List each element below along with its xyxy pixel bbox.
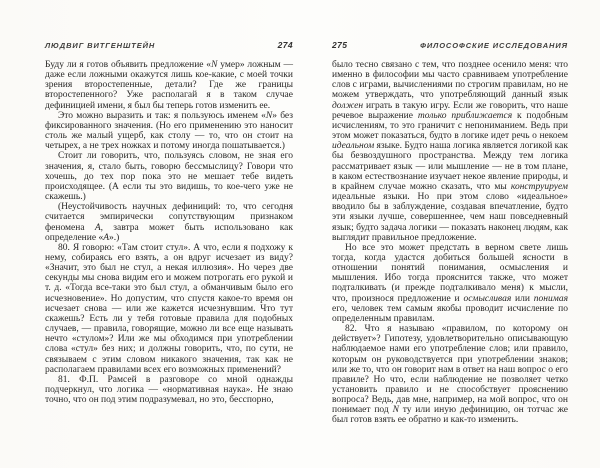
paragraph: 82. Что я называю «правилом, по которому…	[332, 324, 568, 426]
paragraph: Буду ли я готов объявить предложение «N …	[45, 60, 293, 111]
paragraph: (Неустойчивость научных дефиниций: то, ч…	[45, 202, 293, 243]
emphasized-text: осмысливая	[463, 294, 511, 304]
paragraph: 81. Ф.П. Рамсей в разговоре со мной одна…	[45, 375, 293, 405]
author-running-title: ЛЮДВИГ ВИТГЕНШТЕЙН	[45, 41, 155, 50]
text-run: идеальные языки. Но при этом слово «идеа…	[332, 192, 568, 243]
left-page-number: 274	[278, 40, 293, 50]
text-run: 81. Ф.П. Рамсей в разговоре со мной одна…	[45, 375, 293, 405]
text-run: или	[511, 294, 534, 304]
text-run: Стоит ли говорить, что, пользуясь словом…	[45, 151, 293, 202]
text-run: Буду ли я готов объявить предложение «	[45, 60, 211, 70]
text-run: 80. Я говорю: «Там стоит стул». А что, е…	[45, 243, 293, 375]
book-running-title: ФИЛОСОФСКИЕ ИССЛЕДОВАНИЯ	[420, 41, 568, 50]
text-run: его, человек тем самым якобы проводит ис…	[332, 304, 568, 324]
emphasized-text: должен	[332, 101, 363, 111]
paragraph: Стоит ли говорить, что, пользуясь словом…	[45, 151, 293, 202]
left-page-text: Буду ли я готов объявить предложение «N …	[45, 60, 293, 405]
emphasized-text: идеальном	[332, 141, 374, 151]
paragraph: 80. Я говорю: «Там стоит стул». А что, е…	[45, 243, 293, 375]
page-275: 275 ФИЛОСОФСКИЕ ИССЛЕДОВАНИЯ было тесно …	[332, 40, 568, 426]
paragraph: Это можно выразить и так: я пользуюсь им…	[45, 111, 293, 152]
page-274: ЛЮДВИГ ВИТГЕНШТЕЙН 274 Буду ли я готов о…	[45, 40, 293, 405]
book-spread: ЛЮДВИГ ВИТГЕНШТЕЙН 274 Буду ли я готов о…	[0, 0, 600, 468]
text-run: 82. Что я называю «правилом, по которому…	[332, 324, 568, 415]
text-run: Это можно выразить и так: я пользуюсь им…	[58, 111, 266, 121]
left-running-head: ЛЮДВИГ ВИТГЕНШТЕЙН 274	[45, 40, 293, 50]
right-page-text: было тесно связано с тем, что позднее ос…	[332, 60, 568, 426]
emphasized-text: конструируем	[511, 182, 568, 192]
paragraph: Но все это может предстать в верном свет…	[332, 243, 568, 324]
emphasized-text: понимая	[534, 294, 568, 304]
text-run: ».)	[109, 233, 119, 243]
right-page-number: 275	[332, 40, 347, 50]
text-run: было тесно связано с тем, что позднее ос…	[332, 60, 568, 100]
paragraph: было тесно связано с тем, что позднее ос…	[332, 60, 568, 243]
right-running-head: 275 ФИЛОСОФСКИЕ ИССЛЕДОВАНИЯ	[332, 40, 568, 50]
emphasized-text: только приближается	[418, 111, 512, 121]
